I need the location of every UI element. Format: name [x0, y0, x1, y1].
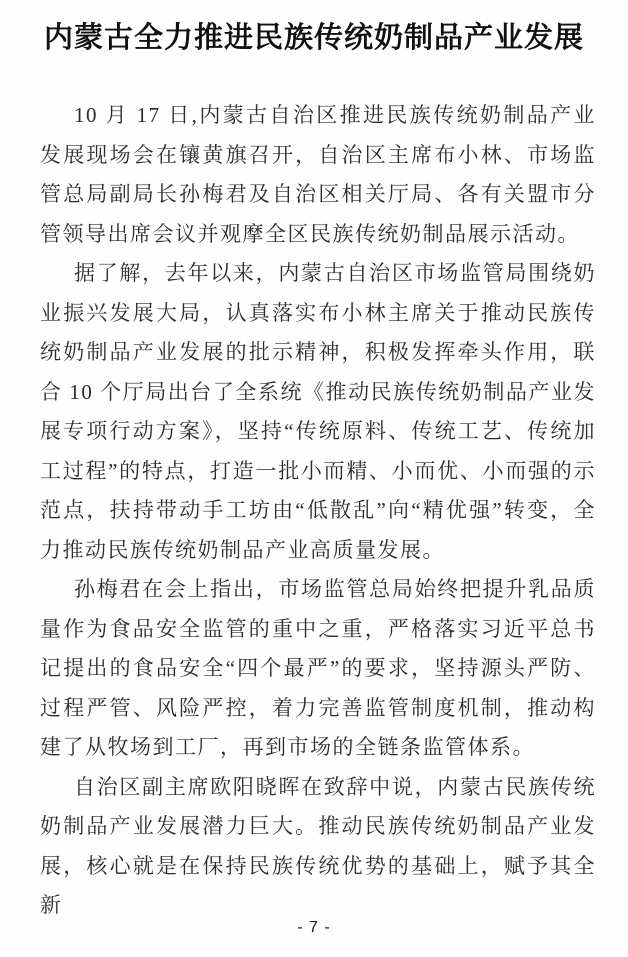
paragraph: 据了解，去年以来，内蒙古自治区市场监管局围绕奶业振兴发展大局，认真落实布小林主席… — [40, 254, 596, 570]
document-page: 内蒙古全力推进民族传统奶制品产业发展 10 月 17 日,内蒙古自治区推进民族传… — [0, 0, 628, 957]
paragraph: 孙梅君在会上指出，市场监管总局始终把提升乳品质量作为食品安全监管的重中之重，严格… — [40, 570, 596, 768]
document-body: 10 月 17 日,内蒙古自治区推进民族传统奶制品产业发展现场会在镶黄旗召开，自… — [40, 96, 596, 926]
page-number: - 7 - — [0, 918, 628, 938]
page-title: 内蒙古全力推进民族传统奶制品产业发展 — [0, 20, 628, 56]
paragraph: 自治区副主席欧阳晓晖在致辞中说，内蒙古民族传统奶制品产业发展潜力巨大。推动民族传… — [40, 768, 596, 926]
paragraph: 10 月 17 日,内蒙古自治区推进民族传统奶制品产业发展现场会在镶黄旗召开，自… — [40, 96, 596, 254]
